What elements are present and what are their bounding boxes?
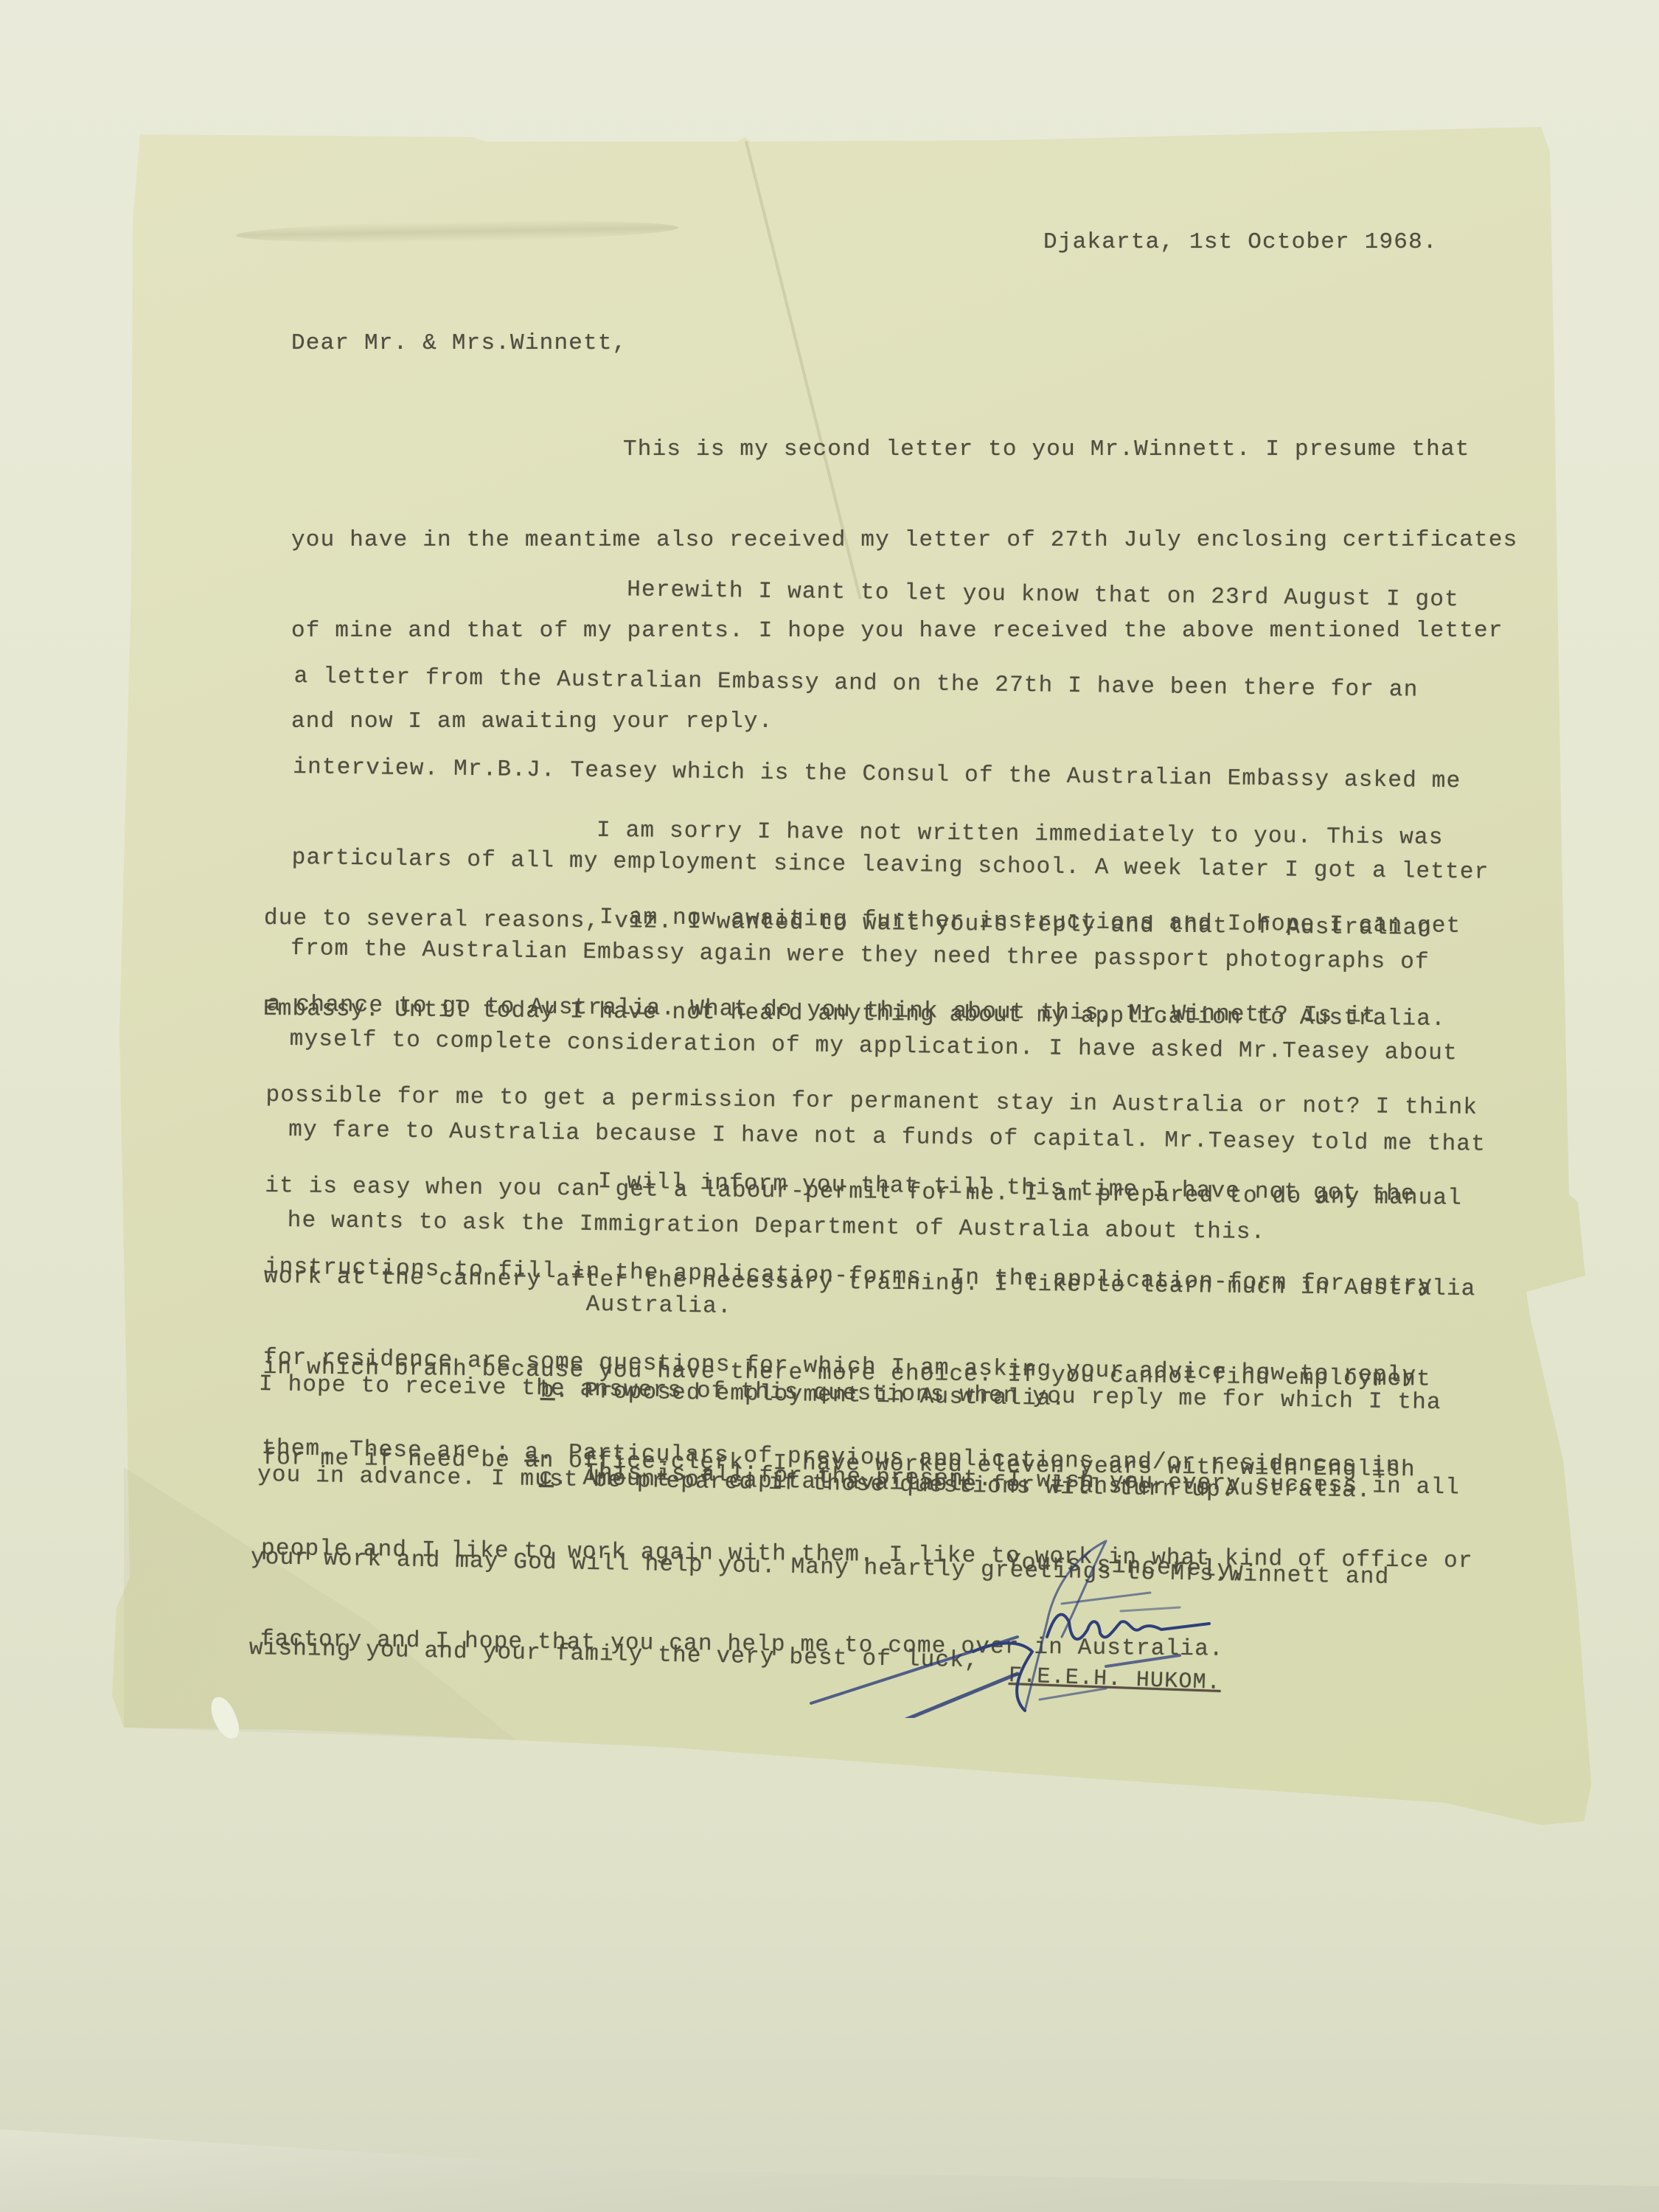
text-line: I will inform you that till this time I … [266,1161,1435,1210]
text-line: This is all for the present. I wish you … [252,1452,1461,1503]
text-line: Herewith I want to let you know that on … [295,571,1492,616]
text-line: a chance to go to Australia. What do you… [267,990,1479,1032]
letter-body: Djakarta, 1st October 1968. Dear Mr. & M… [0,0,1659,2212]
text-line: I am now awaiting further instructions a… [268,899,1480,942]
date-line: Djakarta, 1st October 1968. [1043,227,1438,257]
letter-sheet: Djakarta, 1st October 1968. Dear Mr. & M… [0,0,1659,2212]
text-line: a letter from the Australian Embassy and… [294,661,1492,706]
salutation: Dear Mr. & Mrs.Winnett, [291,328,627,358]
handwritten-signature [796,1526,1239,1718]
text-line: This is my second letter to you Mr.Winne… [291,434,1517,465]
